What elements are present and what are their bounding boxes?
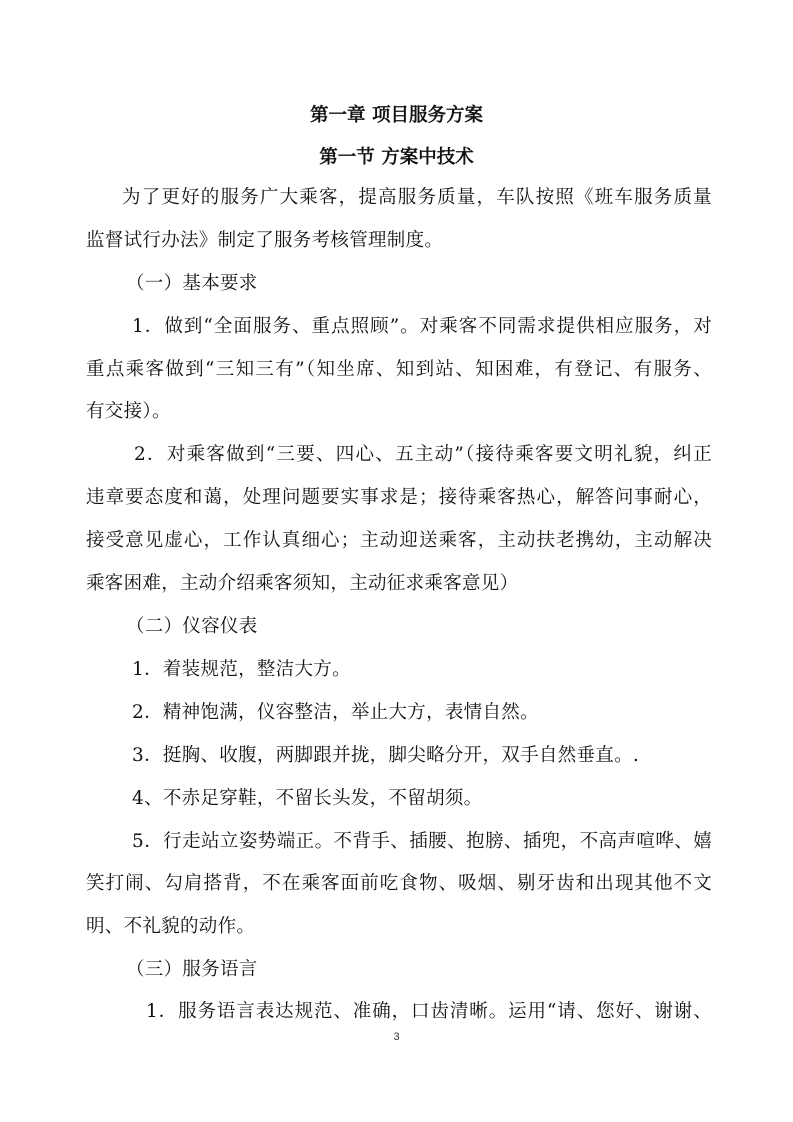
item-line: 1．做到“全面服务、重点照顾”。对乘客不同需求提供相应服务，对 [132, 315, 712, 339]
item-line: 乘客困难，主动介绍乘客须知，主动征求乘客意见） [86, 572, 518, 596]
item-line: 2．对乘客做到“三要、四心、五主动”（接待乘客要文明礼貌，纠正 [134, 443, 712, 467]
item-line: 违章要态度和蔼，处理问题要实事求是；接待乘客热心，解答问事耐心， [86, 486, 712, 510]
list-item: 1．着装规范，整洁大方。 [132, 658, 351, 682]
item-line: 笑打闹、勾肩搭背，不在乘客面前吃食物、吸烟、剔牙齿和出现其他不文 [86, 872, 712, 896]
list-item: 4、不赤足穿鞋，不留长头发，不留胡须。 [132, 787, 482, 811]
page-number: 3 [0, 1031, 793, 1043]
intro-line-1: 为了更好的服务广大乘客，提高服务质量，车队按照《班车服务质量 [122, 186, 712, 210]
intro-line-2: 监督试行办法》制定了服务考核管理制度。 [86, 229, 443, 253]
section-title: 第一节 方案中技术 [0, 146, 793, 170]
section-heading: （一）基本要求 [126, 272, 258, 296]
section-heading: （三）服务语言 [126, 958, 258, 982]
item-line: 有交接）。 [86, 400, 171, 424]
item-line: 5．行走站立姿势端正。不背手、插腰、抱膀、插兜，不高声喧哗、嬉 [132, 830, 712, 854]
list-item: 1．服务语言表达规范、准确，口齿清晰。运用“请、您好、谢谢、 [146, 1000, 712, 1024]
section-heading: （二）仪容仪表 [126, 615, 258, 639]
document-page: 第一章 项目服务方案 第一节 方案中技术 为了更好的服务广大乘客，提高服务质量，… [0, 0, 793, 1122]
item-line: 明、不礼貌的动作。 [86, 915, 255, 939]
item-line: 重点乘客做到“三知三有”（知坐席、知到站、知困难，有登记、有服务、 [86, 358, 712, 382]
list-item: 2．精神饱满，仪容整洁，举止大方，表情自然。 [132, 701, 539, 725]
list-item: 3．挺胸、收腹，两脚跟并拢，脚尖略分开，双手自然垂直。. [132, 744, 639, 768]
chapter-title: 第一章 项目服务方案 [0, 104, 793, 128]
item-line: 接受意见虚心，工作认真细心；主动迎送乘客，主动扶老携幼，主动解决 [86, 529, 712, 553]
